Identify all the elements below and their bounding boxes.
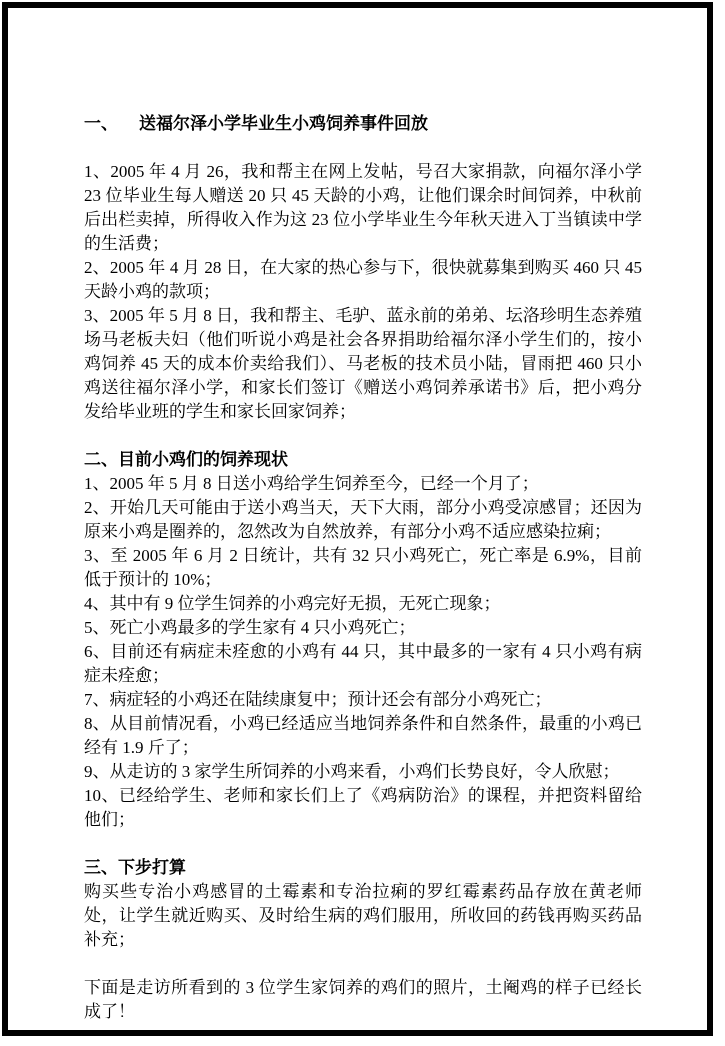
section-2-item-5: 5、死亡小鸡最多的学生家有 4 只小鸡死亡；	[84, 616, 642, 640]
section-2-item-2: 2、开始几天可能由于送小鸡当天，天下大雨，部分小鸡受凉感冒；还因为原来小鸡是圈养…	[84, 496, 642, 544]
section-2-heading: 二、目前小鸡们的饲养现状	[84, 448, 642, 472]
section-2-item-4: 4、其中有 9 位学生饲养的小鸡完好无损，无死亡现象；	[84, 592, 642, 616]
closing-paragraph: 下面是走访所看到的 3 位学生家饲养的鸡们的照片，土阉鸡的样子已经长成了！	[84, 976, 642, 1024]
section-3-heading: 三、下步打算	[84, 856, 642, 880]
section-2-item-7: 7、病症轻的小鸡还在陆续康复中；预计还会有部分小鸡死亡；	[84, 688, 642, 712]
document-content: 一、送福尔泽小学毕业生小鸡饲养事件回放 1、2005 年 4 月 26，我和帮主…	[84, 112, 642, 1024]
section-1-item-3: 3、2005 年 5 月 8 日，我和帮主、毛驴、蓝永前的弟弟、坛洛珍明生态养殖…	[84, 304, 642, 424]
section-1-title: 送福尔泽小学毕业生小鸡饲养事件回放	[139, 114, 428, 133]
section-1-item-2: 2、2005 年 4 月 28 日，在大家的热心参与下，很快就募集到购买 460…	[84, 256, 642, 304]
section-2-item-9: 9、从走访的 3 家学生所饲养的小鸡来看，小鸡们长势良好，令人欣慰；	[84, 760, 642, 784]
section-3-paragraph: 购买些专治小鸡感冒的土霉素和专治拉痢的罗红霉素药品存放在黄老师处，让学生就近购买…	[84, 880, 642, 952]
section-1-number: 一、	[84, 114, 118, 133]
section-2-item-6: 6、目前还有病症未痊愈的小鸡有 44 只，其中最多的一家有 4 只小鸡有病症未痊…	[84, 640, 642, 688]
section-2-item-3: 3、至 2005 年 6 月 2 日统计，共有 32 只小鸡死亡，死亡率是 6.…	[84, 544, 642, 592]
section-2-item-10: 10、已经给学生、老师和家长们上了《鸡病防治》的课程，并把资料留给他们；	[84, 784, 642, 832]
section-2-item-8: 8、从目前情况看，小鸡已经适应当地饲养条件和自然条件，最重的小鸡已经有 1.9 …	[84, 712, 642, 760]
section-2-item-1: 1、2005 年 5 月 8 日送小鸡给学生饲养至今，已经一个月了；	[84, 472, 642, 496]
section-1-heading: 一、送福尔泽小学毕业生小鸡饲养事件回放	[84, 112, 642, 136]
section-1-item-1: 1、2005 年 4 月 26，我和帮主在网上发帖，号召大家捐款，向福尔泽小学 …	[84, 160, 642, 256]
